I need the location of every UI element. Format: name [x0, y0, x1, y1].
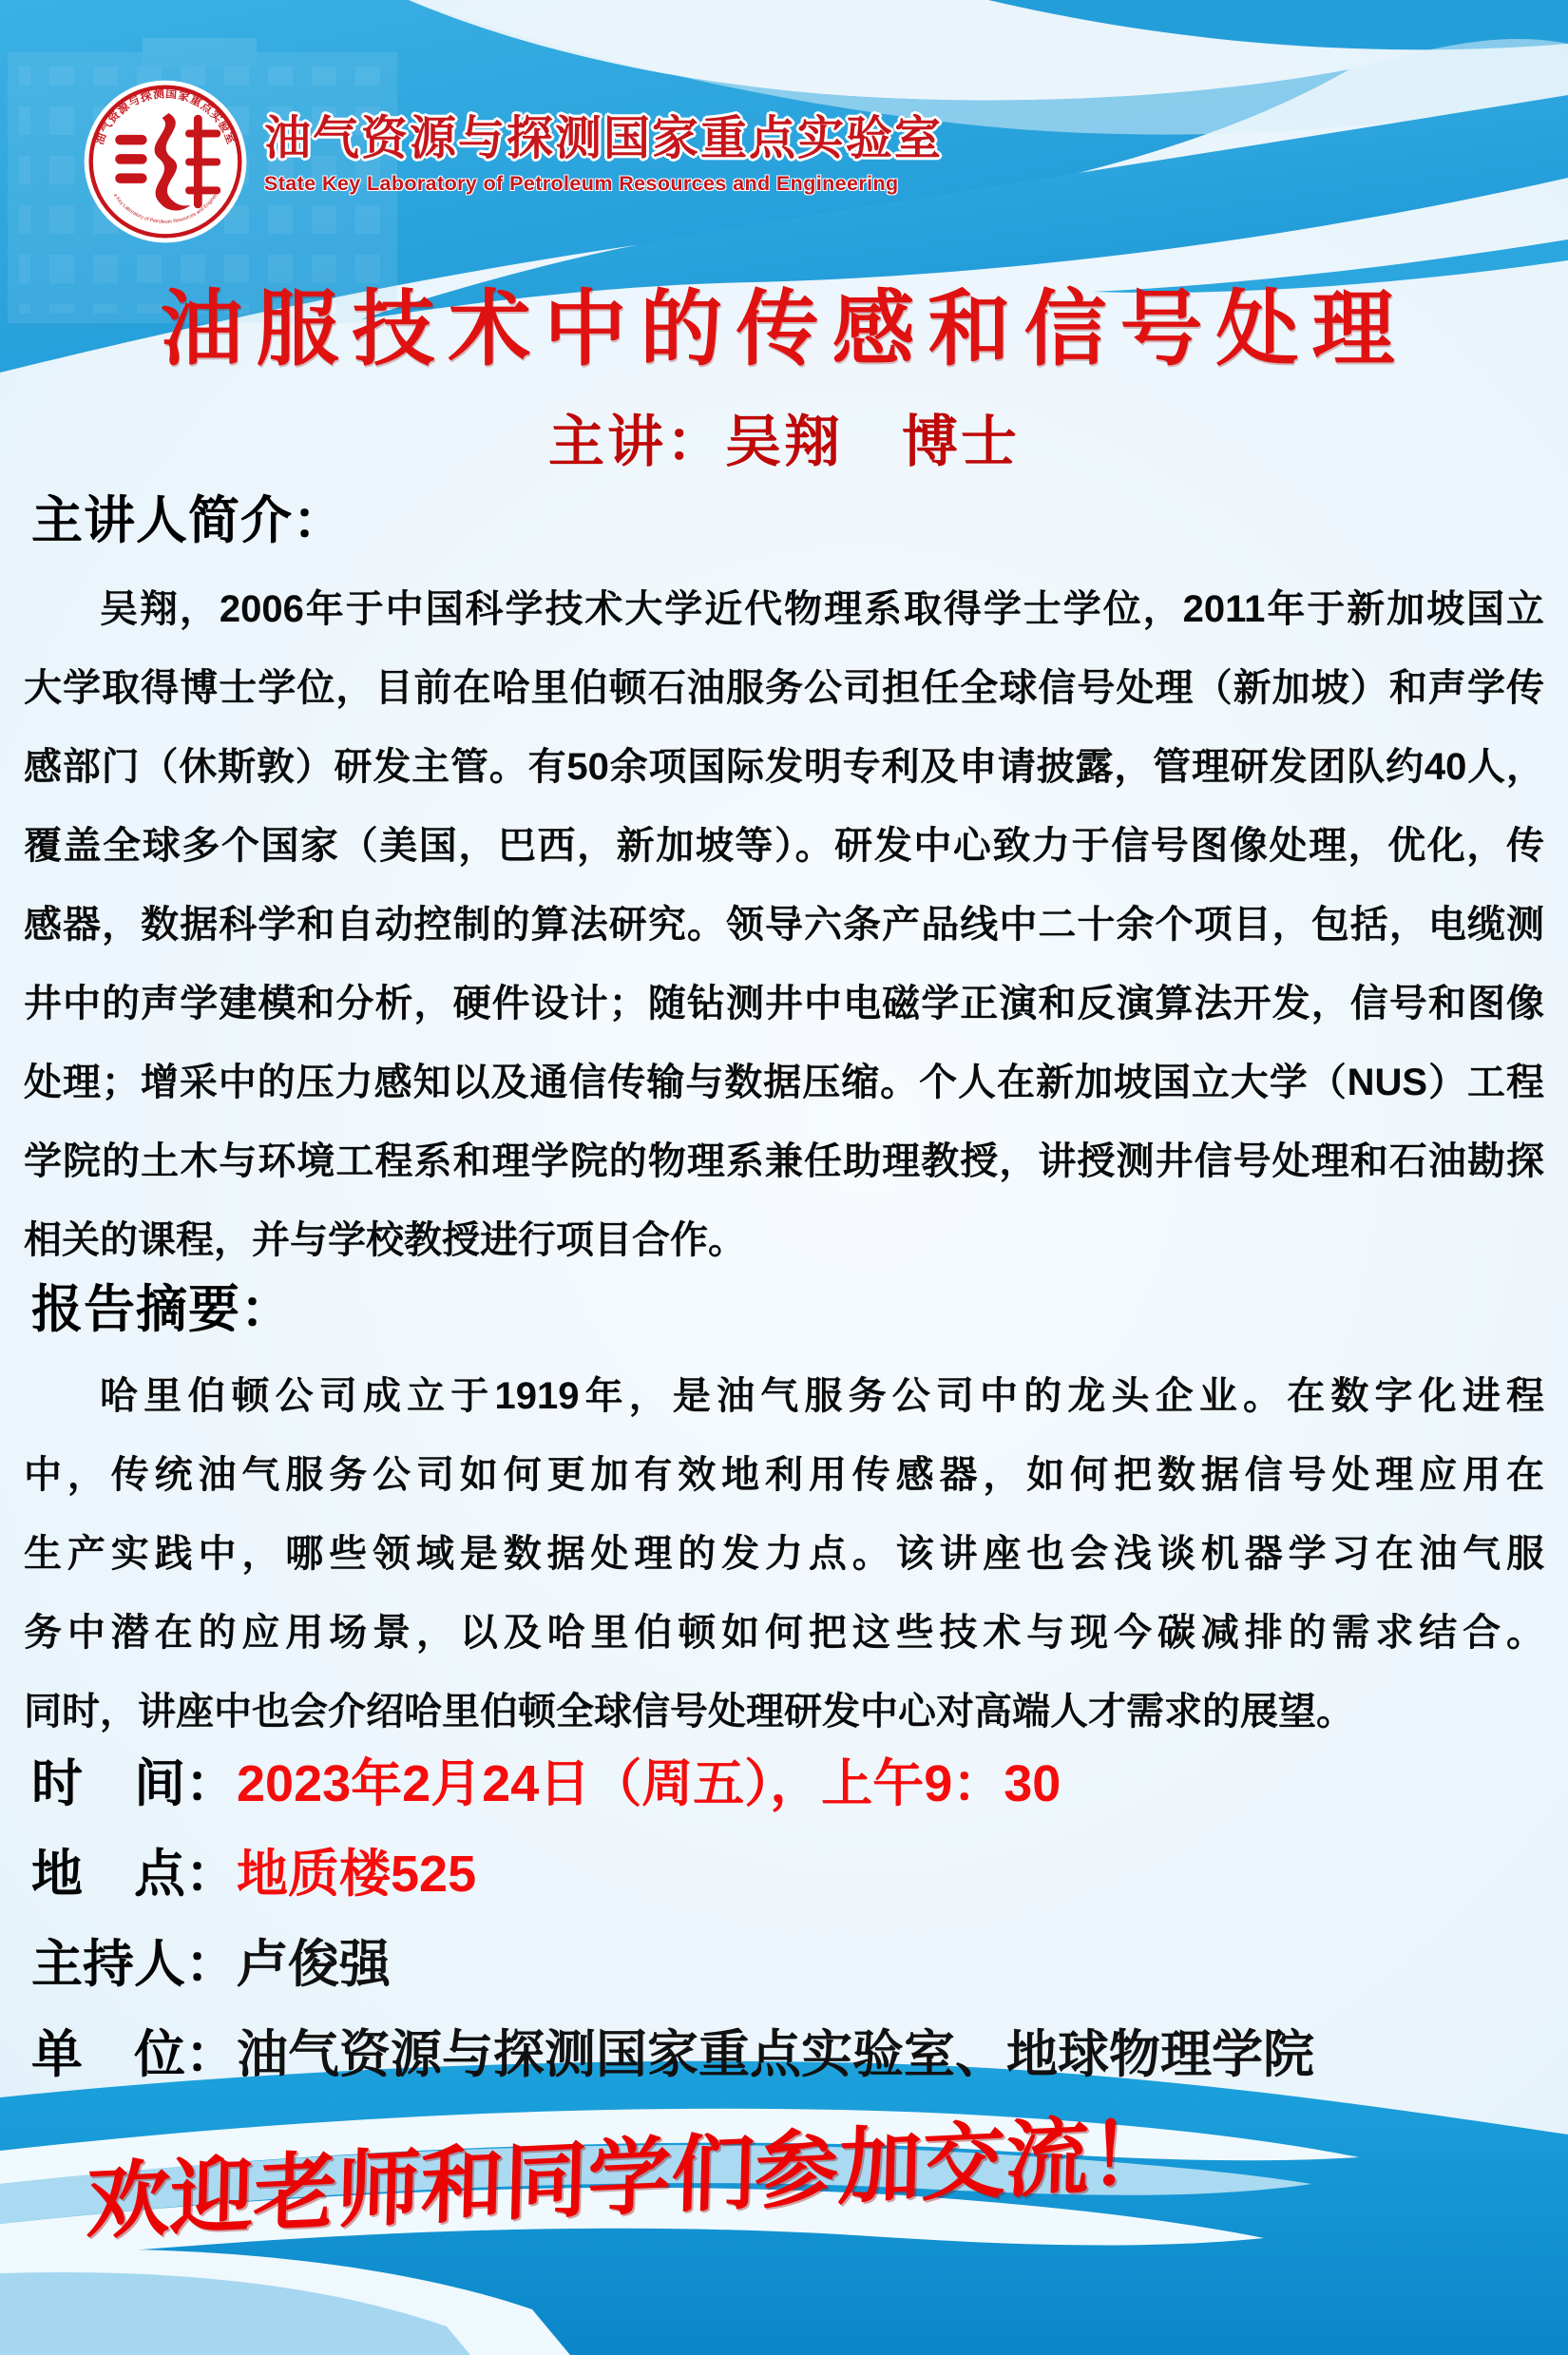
intro-line: 吴翔，2006年于中国科学技术大学近代物理系取得学士学位，2011年于新加坡国立: [24, 570, 1544, 649]
intro-line: 处理；增采中的压力感知以及通信传输与数据压缩。个人在新加坡国立大学（NUS）工程: [24, 1043, 1544, 1122]
detail-value-organizer: 油气资源与探测国家重点实验室、地球物理学院: [237, 2026, 1314, 2083]
intro-line: 覆盖全球多个国家（美国，巴西，新加坡等）。研发中心致力于信号图像处理，优化，传: [24, 807, 1544, 886]
detail-row-location: 地 点：地质楼525: [31, 1845, 476, 1904]
abstract-line: 务中潜在的应用场景，以及哈里伯顿如何把这些技术与现今碳减排的需求结合。: [24, 1594, 1544, 1673]
intro-line: 大学取得博士学位，目前在哈里伯顿石油服务公司担任全球信号处理（新加坡）和声学传: [24, 649, 1544, 728]
seminar-poster: 油气资源与探测国家重点实验室 State Key Laboratory of P…: [0, 0, 1568, 2355]
intro-paragraph: 吴翔，2006年于中国科学技术大学近代物理系取得学士学位，2011年于新加坡国立…: [24, 570, 1544, 1280]
detail-value-time: 2023年2月24日（周五），上午9：30: [237, 1755, 1061, 1812]
abstract-line: 生产实践中，哪些领域是数据处理的发力点。该讲座也会浅谈机器学习在油气服: [24, 1515, 1544, 1594]
detail-row-organizer: 单 位：油气资源与探测国家重点实验室、地球物理学院: [31, 2025, 1314, 2084]
lab-seal-logo: 油气资源与探测国家重点实验室 State Key Laboratory of P…: [82, 78, 249, 245]
detail-label-time: 时 间：: [31, 1755, 237, 1812]
abstract-line: 同时，讲座中也会介绍哈里伯顿全球信号处理研发中心对高端人才需求的展望。: [24, 1673, 1544, 1752]
intro-line: 相关的课程，并与学校教授进行项目合作。: [24, 1201, 1544, 1280]
abstract-line: 哈里伯顿公司成立于1919年，是油气服务公司中的龙头企业。在数字化进程: [24, 1357, 1544, 1436]
abstract-heading: 报告摘要：: [31, 1283, 293, 1337]
intro-line: 井中的声学建模和分析，硬件设计；随钻测井中电磁学正演和反演算法开发，信号和图像: [24, 965, 1544, 1043]
lab-name-block: 油气资源与探测国家重点实验室 State Key Laboratory of P…: [264, 116, 943, 195]
detail-label-host: 主持人：: [31, 1936, 237, 1993]
abstract-line: 中，传统油气服务公司如何更加有效地利用传感器，如何把数据信号处理应用在: [24, 1436, 1544, 1515]
intro-line: 感部门（休斯敦）研发主管。有50余项国际发明专利及申请披露，管理研发团队约40人…: [24, 728, 1544, 807]
intro-line: 感器，数据科学和自动控制的算法研究。领导六条产品线中二十余个项目，包括，电缆测: [24, 886, 1544, 965]
intro-line: 学院的土木与环境工程系和理学院的物理系兼任助理教授，讲授测井信号处理和石油勘探: [24, 1122, 1544, 1201]
intro-heading: 主讲人简介：: [31, 494, 345, 548]
speaker-title: 主讲：吴翔 博士: [0, 414, 1568, 470]
abstract-paragraph: 哈里伯顿公司成立于1919年，是油气服务公司中的龙头企业。在数字化进程 中，传统…: [24, 1357, 1544, 1752]
lab-name-english: State Key Laboratory of Petroleum Resour…: [264, 174, 943, 195]
detail-label-location: 地 点：: [31, 1846, 237, 1903]
lab-name-chinese: 油气资源与探测国家重点实验室: [264, 116, 943, 163]
detail-value-host: 卢俊强: [237, 1936, 391, 1993]
detail-row-host: 主持人：卢俊强: [31, 1935, 391, 1994]
detail-value-location: 地质楼525: [237, 1846, 476, 1903]
detail-label-organizer: 单 位：: [31, 2026, 237, 2083]
seminar-title: 油服技术中的传感和信号处理: [0, 288, 1568, 371]
detail-row-time: 时 间：2023年2月24日（周五），上午9：30: [31, 1754, 1061, 1813]
